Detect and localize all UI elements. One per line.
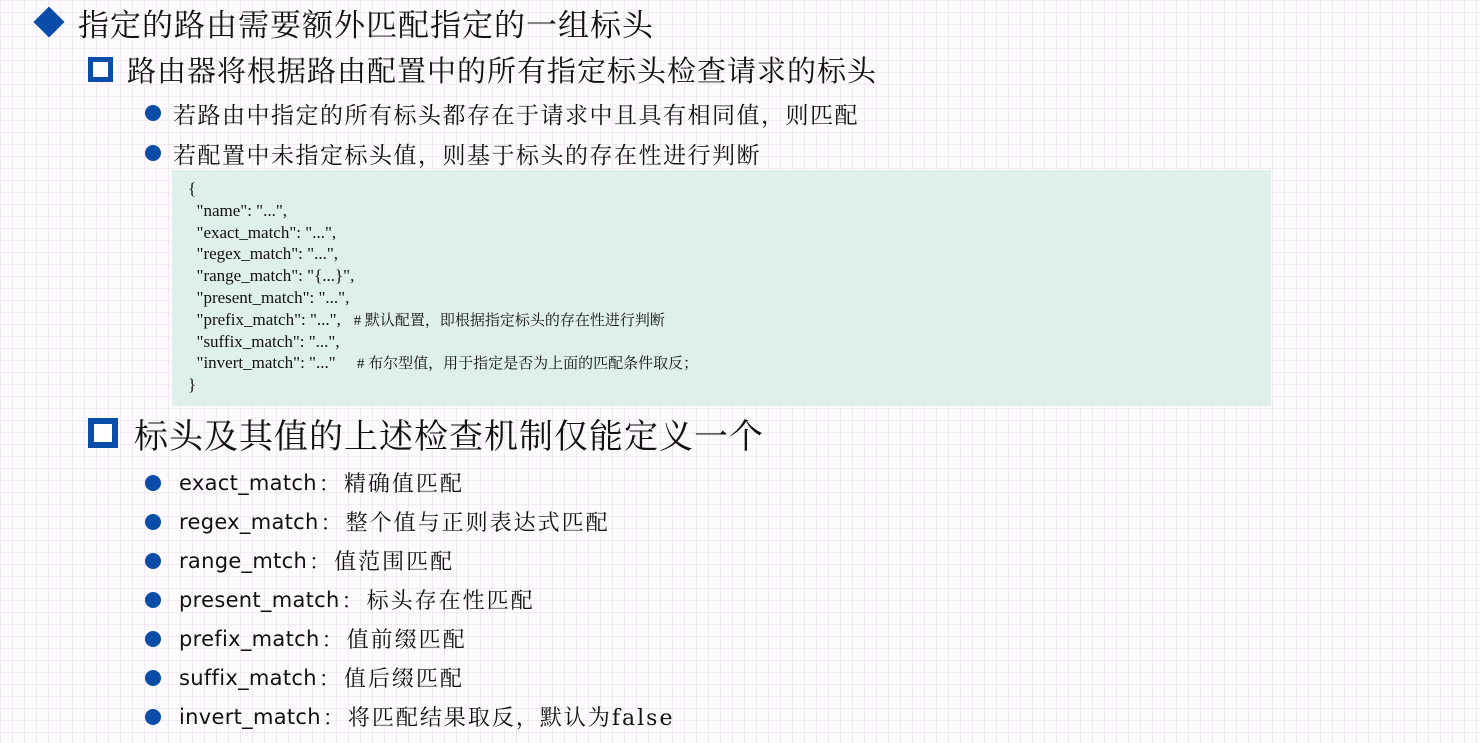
config-code-block: { "name": "...", "exact_match": "...", "… bbox=[172, 170, 1271, 406]
section-2-heading: 标头及其值的上述检查机制仅能定义一个 bbox=[88, 410, 764, 456]
separator: ： bbox=[321, 507, 342, 537]
separator: ： bbox=[319, 663, 340, 693]
separator: ： bbox=[342, 585, 363, 615]
section-1-text: 路由器将根据路由配置中的所有指定标头检查请求的标头 bbox=[127, 49, 877, 90]
list-item: suffix_match：值后缀匹配 bbox=[145, 658, 674, 697]
match-description: 将匹配结果取反，默认为false bbox=[348, 701, 675, 732]
round-bullet-icon bbox=[145, 514, 161, 530]
code-line: "prefix_match": "...", # 默认配置，即根据指定标头的存在… bbox=[188, 309, 1271, 331]
section-1-bullet: 若路由中指定的所有标头都存在于请求中且具有相同值，则匹配 bbox=[145, 96, 859, 130]
round-bullet-icon bbox=[145, 670, 161, 686]
code-line: "range_match": "{...}", bbox=[188, 265, 1271, 287]
code-text: "invert_match": "..." bbox=[188, 353, 357, 372]
match-key: range_mtch bbox=[179, 549, 307, 573]
section-2-text: 标头及其值的上述检查机制仅能定义一个 bbox=[134, 409, 764, 458]
round-bullet-icon bbox=[145, 631, 161, 647]
code-line: } bbox=[188, 374, 1271, 396]
code-comment: # 默认配置，即根据指定标头的存在性进行判断 bbox=[354, 313, 665, 329]
separator: ： bbox=[319, 468, 340, 498]
separator: ： bbox=[322, 624, 343, 654]
list-item: exact_match：精确值匹配 bbox=[145, 463, 674, 502]
round-bullet-icon bbox=[145, 592, 161, 608]
code-text: "name": "...", bbox=[188, 201, 287, 220]
code-text: "exact_match": "...", bbox=[188, 223, 336, 242]
section-1-heading: 路由器将根据路由配置中的所有指定标头检查请求的标头 bbox=[88, 48, 877, 90]
code-line: "name": "...", bbox=[188, 200, 1271, 222]
code-line: "present_match": "...", bbox=[188, 287, 1271, 309]
hollow-square-bullet-icon bbox=[88, 418, 118, 448]
code-text: } bbox=[188, 375, 196, 394]
code-line: "suffix_match": "...", bbox=[188, 331, 1271, 353]
match-type-list: exact_match：精确值匹配 regex_match：整个值与正则表达式匹… bbox=[145, 463, 674, 736]
code-line: "regex_match": "...", bbox=[188, 243, 1271, 265]
list-item: invert_match：将匹配结果取反，默认为false bbox=[145, 697, 674, 736]
code-text: "present_match": "...", bbox=[188, 288, 349, 307]
diamond-bullet-icon bbox=[33, 6, 64, 37]
code-line: "exact_match": "...", bbox=[188, 222, 1271, 244]
list-item: prefix_match：值前缀匹配 bbox=[145, 619, 674, 658]
round-bullet-icon bbox=[145, 553, 161, 569]
code-line: { bbox=[188, 178, 1271, 200]
match-description: 整个值与正则表达式匹配 bbox=[346, 506, 610, 537]
list-item: regex_match：整个值与正则表达式匹配 bbox=[145, 502, 674, 541]
separator: ： bbox=[323, 702, 344, 732]
list-item: range_mtch：值范围匹配 bbox=[145, 541, 674, 580]
code-text: "prefix_match": "...", bbox=[188, 310, 354, 329]
match-key: regex_match bbox=[179, 510, 319, 534]
bullet-text: 若路由中指定的所有标头都存在于请求中且具有相同值，则匹配 bbox=[173, 97, 859, 130]
round-bullet-icon bbox=[145, 145, 161, 161]
match-key: present_match bbox=[179, 588, 340, 612]
hollow-square-bullet-icon bbox=[88, 57, 113, 82]
separator: ： bbox=[309, 546, 330, 576]
round-bullet-icon bbox=[145, 475, 161, 491]
round-bullet-icon bbox=[145, 105, 161, 121]
match-key: exact_match bbox=[179, 471, 317, 495]
match-description: 精确值匹配 bbox=[344, 467, 464, 498]
match-key: prefix_match bbox=[179, 627, 320, 651]
bullet-text: 若配置中未指定标头值，则基于标头的存在性进行判断 bbox=[173, 137, 761, 170]
list-item: present_match：标头存在性匹配 bbox=[145, 580, 674, 619]
slide-heading: 指定的路由需要额外匹配指定的一组标头 bbox=[30, 2, 654, 42]
match-key: suffix_match bbox=[179, 666, 317, 690]
code-text: "suffix_match": "...", bbox=[188, 332, 340, 351]
section-1-bullet: 若配置中未指定标头值，则基于标头的存在性进行判断 bbox=[145, 136, 761, 170]
match-key: invert_match bbox=[179, 705, 321, 729]
round-bullet-icon bbox=[145, 709, 161, 725]
code-comment: # 布尔型值，用于指定是否为上面的匹配条件取反； bbox=[357, 356, 698, 372]
match-description: 值后缀匹配 bbox=[344, 662, 464, 693]
code-text: "regex_match": "...", bbox=[188, 244, 338, 263]
code-text: "range_match": "{...}", bbox=[188, 266, 354, 285]
heading-text: 指定的路由需要额外匹配指定的一组标头 bbox=[78, 0, 654, 45]
match-description: 标头存在性匹配 bbox=[367, 584, 535, 615]
match-description: 值前缀匹配 bbox=[347, 623, 467, 654]
code-text: { bbox=[188, 179, 196, 198]
code-line: "invert_match": "..." # 布尔型值，用于指定是否为上面的匹… bbox=[188, 352, 1271, 374]
match-description: 值范围匹配 bbox=[334, 545, 454, 576]
